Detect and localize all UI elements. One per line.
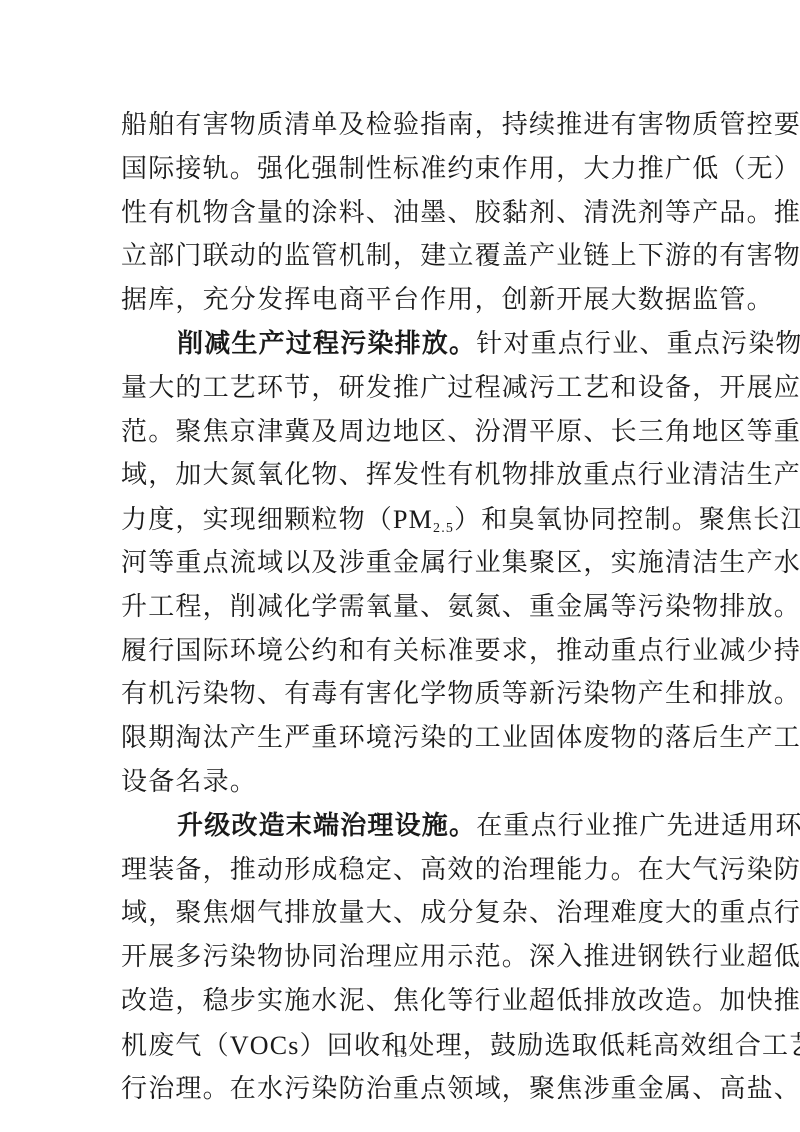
text-line: 船舶有害物质清单及检验指南，持续推进有害物质管控要求与	[121, 104, 681, 148]
text-span: 针对重点行业、重点污染物排放	[476, 329, 800, 359]
text-line: 河等重点流域以及涉重金属行业集聚区，实施清洁生产水平提	[121, 542, 681, 586]
page-number: 15	[0, 1046, 800, 1062]
text-line: 据库，充分发挥电商平台作用，创新开展大数据监管。	[121, 279, 681, 323]
text-line: 域，聚焦烟气排放量大、成分复杂、治理难度大的重点行业，	[121, 892, 681, 936]
pm-term: PM	[393, 505, 433, 534]
text-line: 升工程，削减化学需氧量、氨氮、重金属等污染物排放。严格	[121, 586, 681, 630]
paragraph-heading: 升级改造末端治理设施。	[177, 811, 476, 841]
text-line: 开展多污染物协同治理应用示范。深入推进钢铁行业超低排放	[121, 936, 681, 980]
text-line: 域，加大氮氧化物、挥发性有机物排放重点行业清洁生产改造	[121, 454, 681, 498]
paragraph-first-line: 削减生产过程污染排放。针对重点行业、重点污染物排放	[121, 323, 681, 367]
text-line: 限期淘汰产生严重环境污染的工业固体废物的落后生产工艺	[121, 717, 681, 761]
text-line: 量大的工艺环节，研发推广过程减污工艺和设备，开展应用示	[121, 367, 681, 411]
paragraph-first-line: 升级改造末端治理设施。在重点行业推广先进适用环保治	[121, 805, 681, 849]
text-line: 国际接轨。强化强制性标准约束作用，大力推广低（无）挥发	[121, 148, 681, 192]
pm-subscript: 2.5	[433, 521, 454, 536]
text-line: 设备名录。	[121, 761, 681, 805]
text-line: 有机污染物、有毒有害化学物质等新污染物产生和排放。制定	[121, 673, 681, 717]
text-span: 力度，实现细颗粒物（	[121, 505, 393, 535]
text-span: ）和臭氧协同控制。聚焦长江、黄	[454, 505, 800, 535]
text-line: 力度，实现细颗粒物（PM2.5）和臭氧协同控制。聚焦长江、黄	[121, 498, 681, 542]
paragraph-heading: 削减生产过程污染排放。	[177, 329, 476, 359]
text-span: 在重点行业推广先进适用环保治	[476, 811, 800, 841]
text-line: 行治理。在水污染防治重点领域，聚焦涉重金属、高盐、高有	[121, 1068, 681, 1112]
text-line: 性有机物含量的涂料、油墨、胶黏剂、清洗剂等产品。推动建	[121, 192, 681, 236]
text-line: 范。聚焦京津冀及周边地区、汾渭平原、长三角地区等重点区	[121, 411, 681, 455]
text-line: 立部门联动的监管机制，建立覆盖产业链上下游的有害物质数	[121, 235, 681, 279]
text-line: 履行国际环境公约和有关标准要求，推动重点行业减少持久性	[121, 630, 681, 674]
text-line: 理装备，推动形成稳定、高效的治理能力。在大气污染防治领	[121, 849, 681, 893]
document-page: 船舶有害物质清单及检验指南，持续推进有害物质管控要求与 国际接轨。强化强制性标准…	[121, 104, 681, 1111]
text-line: 改造，稳步实施水泥、焦化等行业超低排放改造。加快推进有	[121, 980, 681, 1024]
